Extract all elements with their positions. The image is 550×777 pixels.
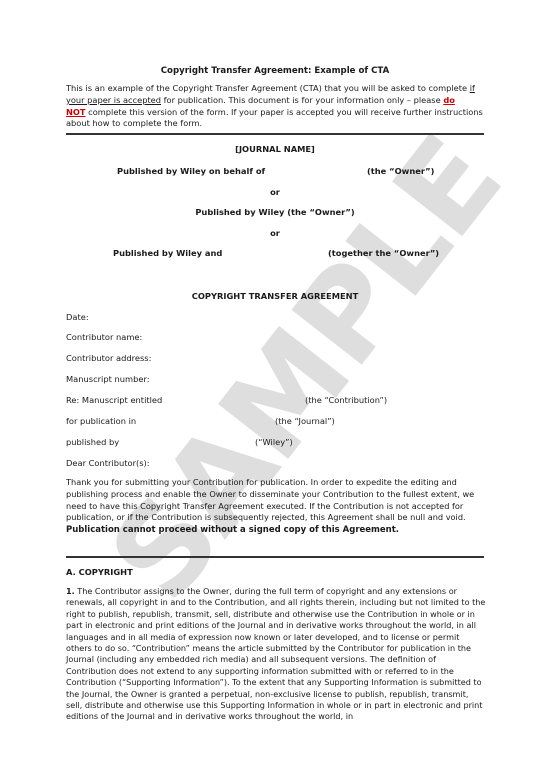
field-published-by: published by <box>66 437 119 447</box>
body-bold-notice: Publication cannot proceed without a sig… <box>66 525 399 535</box>
owner-option-2: Published by Wiley (the “Owner”) <box>66 207 484 217</box>
field-contributor-name: Contributor name: <box>66 332 142 342</box>
field-date: Date: <box>66 312 89 322</box>
owner-option-1-left: Published by Wiley on behalf of <box>117 166 265 176</box>
intro-text-1: This is an example of the Copyright Tran… <box>66 83 470 93</box>
intro-body-paragraph: Thank you for submitting your Contributi… <box>66 477 486 537</box>
salutation: Dear Contributor(s): <box>66 458 150 468</box>
intro-do-emphasis: do <box>443 95 455 105</box>
or-separator-1: or <box>66 187 484 197</box>
field-contributor-address: Contributor address: <box>66 353 151 363</box>
document-page: SAMPLE Copyright Transfer Agreement: Exa… <box>0 0 550 777</box>
section-divider-rule <box>66 556 484 558</box>
journal-name: [JOURNAL NAME] <box>66 144 484 154</box>
document-title: Copyright Transfer Agreement: Example of… <box>66 66 484 76</box>
agreement-heading: COPYRIGHT TRANSFER AGREEMENT <box>66 291 484 301</box>
wiley-label: (“Wiley”) <box>255 437 293 447</box>
intro-not-emphasis: NOT <box>66 107 86 117</box>
field-publication-in: for publication in <box>66 416 136 426</box>
clause-1-number: 1. <box>66 586 75 596</box>
clause-1-text: The Contributor assigns to the Owner, du… <box>66 586 485 721</box>
or-separator-2: or <box>66 228 484 238</box>
body-text: Thank you for submitting your Contributi… <box>66 477 474 522</box>
contribution-label: (the “Contribution”) <box>305 395 387 405</box>
section-a-heading: A. COPYRIGHT <box>66 567 133 577</box>
journal-label: (the “Journal”) <box>275 416 335 426</box>
divider-rule <box>66 133 484 135</box>
intro-paragraph: This is an example of the Copyright Tran… <box>66 83 486 130</box>
intro-text-3: complete this version of the form. If yo… <box>66 107 483 129</box>
intro-text-2: for publication. This document is for yo… <box>161 95 443 105</box>
field-manuscript-number: Manuscript number: <box>66 374 150 384</box>
owner-option-3-left: Published by Wiley and <box>113 248 222 258</box>
field-manuscript-entitled: Re: Manuscript entitled <box>66 395 162 405</box>
owner-option-1-right: (the “Owner”) <box>367 166 434 176</box>
owner-option-3-right: (together the “Owner”) <box>328 248 439 258</box>
clause-1-paragraph: 1. The Contributor assigns to the Owner,… <box>66 586 486 723</box>
